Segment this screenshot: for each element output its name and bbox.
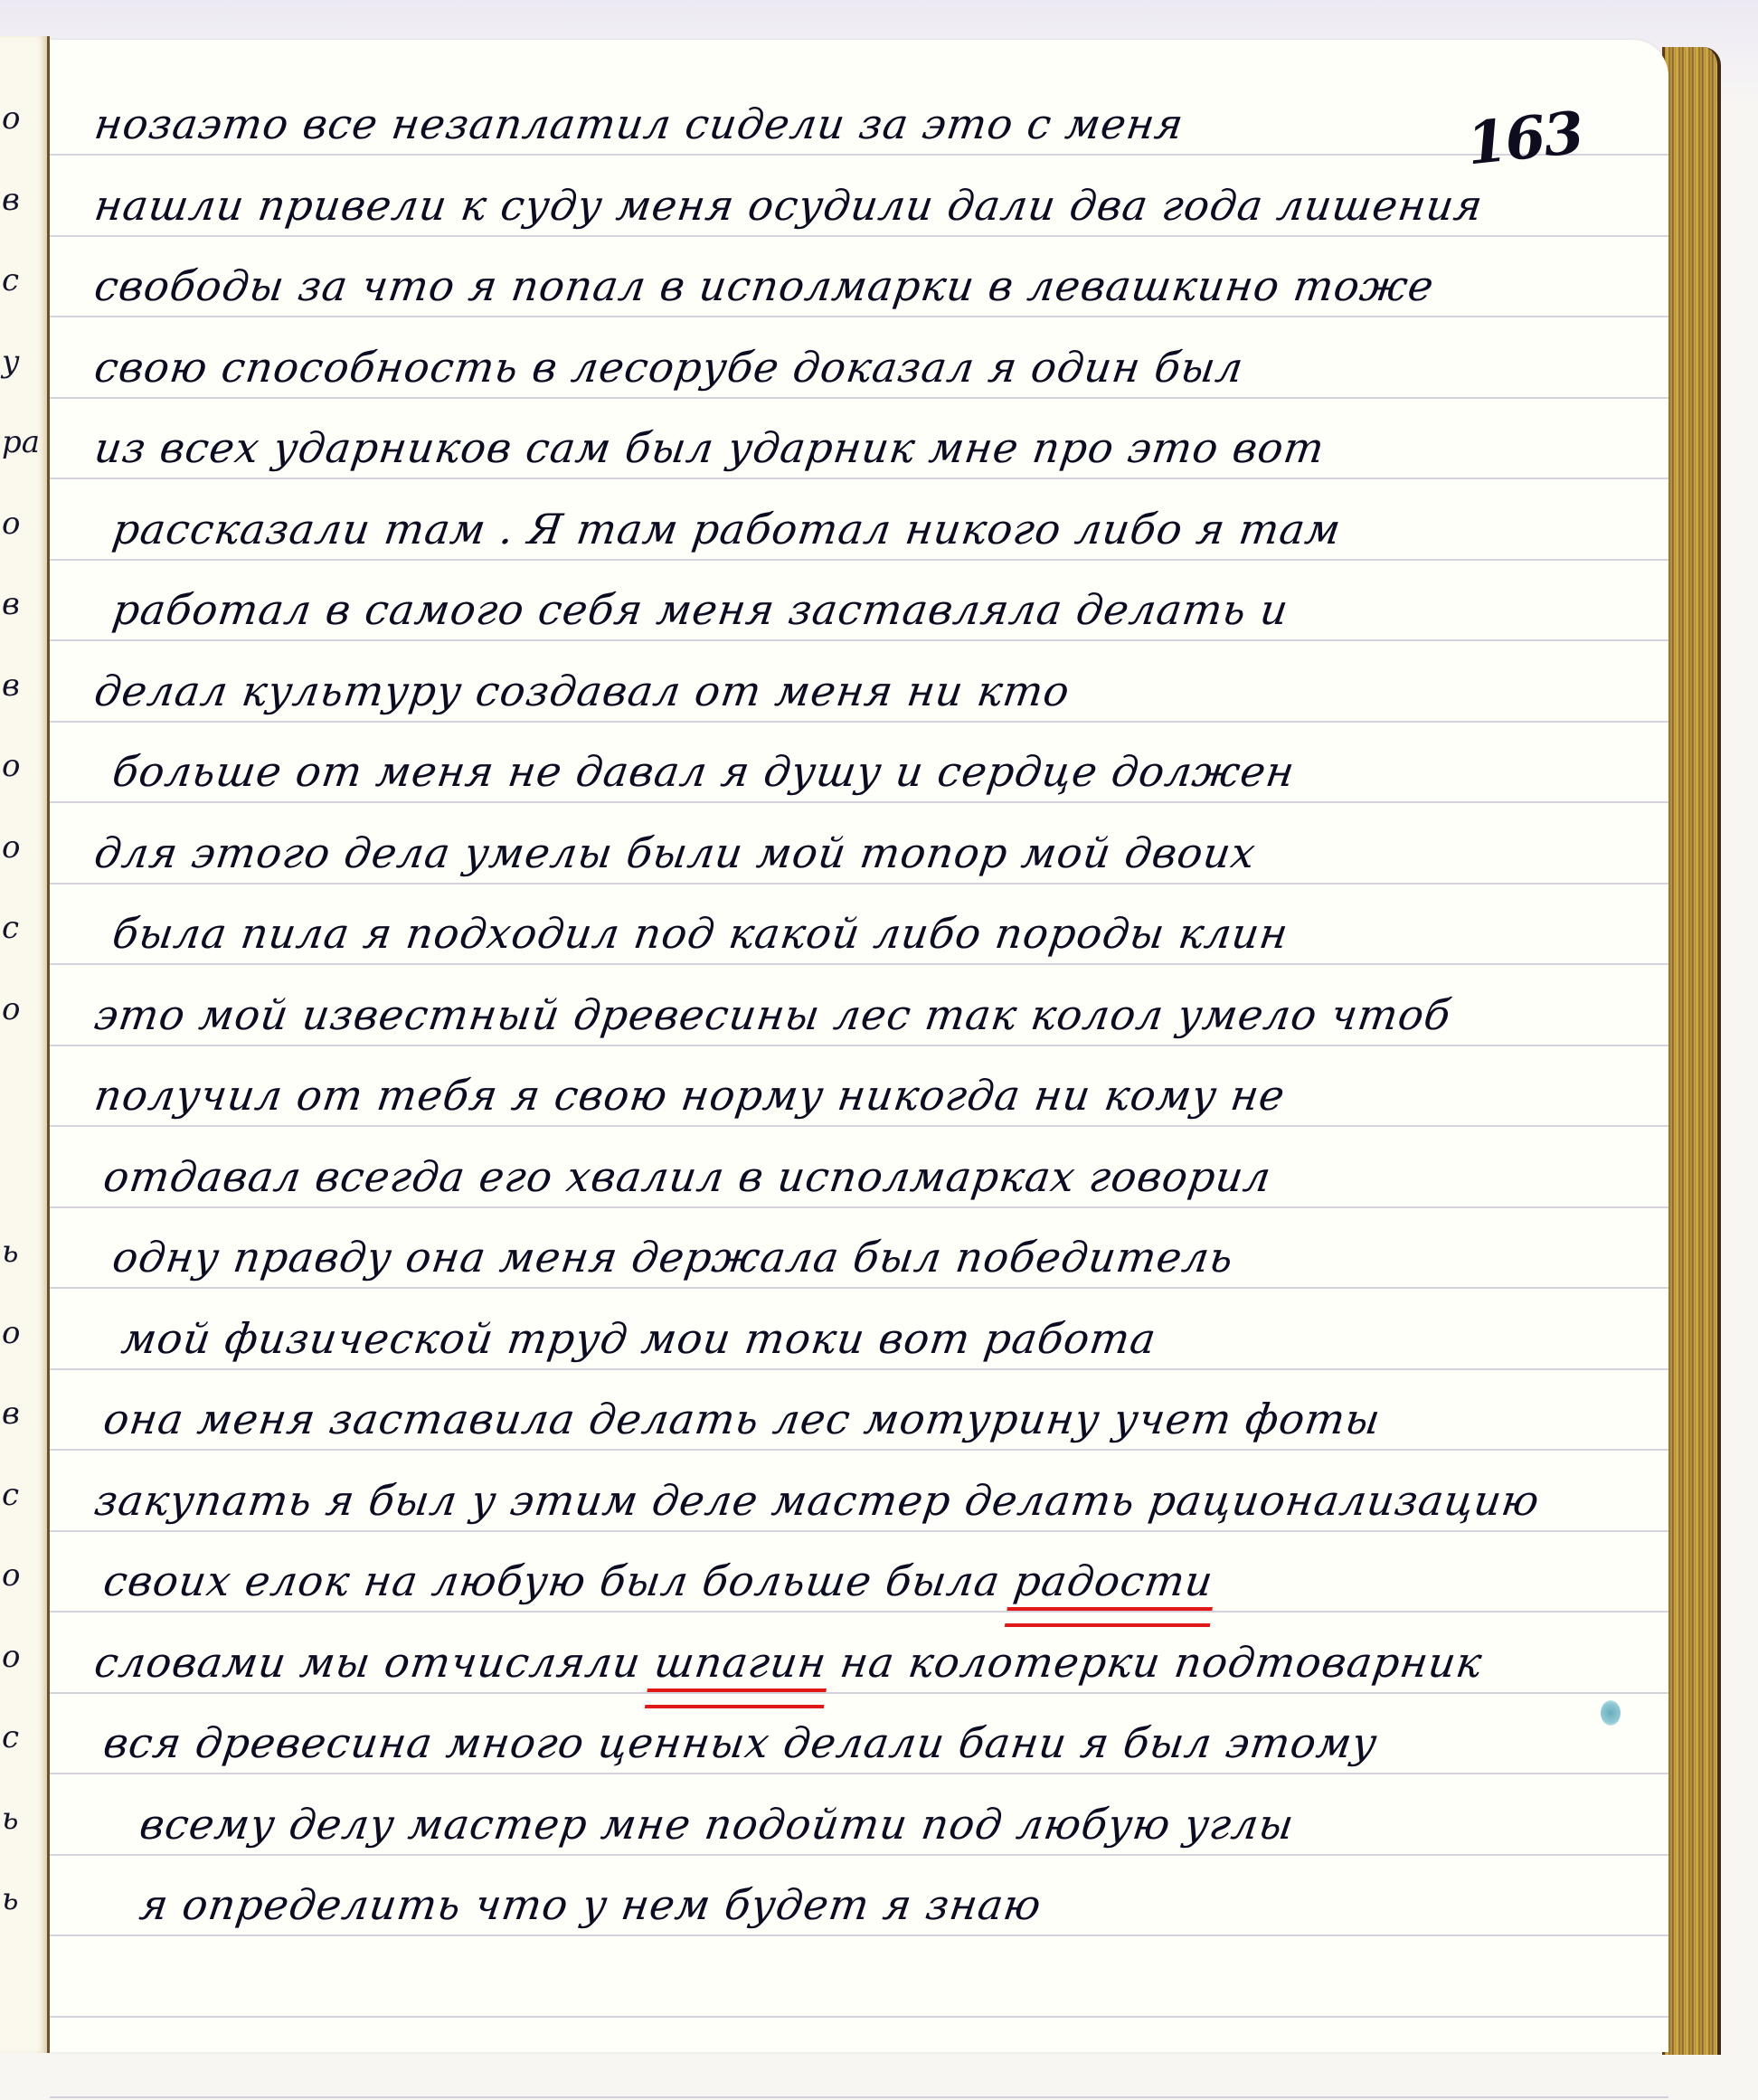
handwritten-line: она меня заставила делать лес мотурину у… xyxy=(100,1395,1384,1443)
ruled-line xyxy=(50,1368,1668,1370)
line-text: рассказали там . Я там работал никого ли… xyxy=(109,505,1344,553)
previous-page-fragment: о xyxy=(2,994,42,1025)
ruled-line xyxy=(50,2016,1668,2018)
handwritten-line: больше от меня не давал я душу и сердце … xyxy=(109,747,1298,796)
ruled-line xyxy=(50,963,1668,965)
handwritten-line: была пила я подходил под какой либо поро… xyxy=(109,909,1291,958)
ruled-line xyxy=(50,1125,1668,1127)
previous-page-fragment: о xyxy=(2,751,42,781)
handwritten-line: вся древесина много ценных делали бани я… xyxy=(100,1718,1381,1767)
handwritten-line: получил от тебя я свою норму никогда ни … xyxy=(91,1071,1289,1120)
ruled-line xyxy=(50,639,1668,641)
previous-page-fragment: с xyxy=(2,913,42,943)
previous-page-fragment: о xyxy=(2,832,42,863)
line-text: одну правду она меня держала был победит… xyxy=(109,1233,1236,1282)
red-double-underlined-word: радости xyxy=(1011,1556,1216,1605)
previous-page-fragment: ь xyxy=(2,1884,42,1915)
handwritten-line: своих елок на любую был больше была радо… xyxy=(100,1556,1216,1605)
handwritten-line: словами мы отчисляли шпагин на колотерки… xyxy=(91,1638,1486,1687)
handwritten-line: нозаэто все незаплатил сидели за это с м… xyxy=(91,99,1186,148)
ruled-line xyxy=(50,1692,1668,1694)
previous-page-fragment: у xyxy=(2,346,42,377)
previous-page-fragment: о xyxy=(2,1560,42,1591)
previous-page-fragment: с xyxy=(2,1480,42,1510)
ruled-line xyxy=(50,316,1668,317)
previous-page-fragment: ра xyxy=(2,427,42,458)
line-text: на колотерки подтоварник xyxy=(823,1638,1486,1687)
previous-page-edge: овсураоввоосоьовсоосьь xyxy=(0,36,50,2053)
line-text: свою способность в лесорубе доказал я од… xyxy=(91,343,1246,392)
line-text: нашли привели к суду меня осудили дали д… xyxy=(91,181,1486,230)
line-text: это мой известный древесины лес так коло… xyxy=(91,990,1454,1039)
previous-page-fragment: с xyxy=(2,1722,42,1753)
line-text: больше от меня не давал я душу и сердце … xyxy=(109,747,1298,796)
line-text: для этого дела умелы были мой топор мой … xyxy=(91,828,1259,877)
previous-page-fragment: в xyxy=(2,589,42,620)
line-text: отдавал всегда его хвалил в исполмарках … xyxy=(100,1152,1274,1201)
ruled-line xyxy=(50,801,1668,803)
previous-page-fragment: о xyxy=(2,1318,42,1348)
ruled-line xyxy=(50,478,1668,479)
handwritten-line: я определить что у нем будет я знаю xyxy=(137,1880,1044,1929)
previous-page-fragment: в xyxy=(2,184,42,215)
line-text: делал культуру создавал от меня ни кто xyxy=(91,667,1073,715)
handwritten-line: рассказали там . Я там работал никого ли… xyxy=(109,505,1344,553)
line-text: нозаэто все незаплатил сидели за это с м… xyxy=(91,99,1186,148)
handwritten-line: закупать я был у этим деле мастер делать… xyxy=(91,1476,1543,1525)
handwritten-line: работал в самого себя меня заставляла де… xyxy=(109,585,1291,634)
handwritten-line: делал культуру создавал от меня ни кто xyxy=(91,667,1073,715)
previous-page-fragment: в xyxy=(2,1398,42,1429)
ruled-line xyxy=(50,1449,1668,1451)
line-text: была пила я подходил под какой либо поро… xyxy=(109,909,1291,958)
line-text: своих елок на любую был больше была xyxy=(100,1556,1004,1605)
line-text: мой физической труд мои токи вот работа xyxy=(118,1314,1159,1363)
line-text: свободы за что я попал в исполмарки в ле… xyxy=(91,261,1437,310)
ruled-line xyxy=(50,1611,1668,1613)
line-text: из всех ударников сам был ударник мне пр… xyxy=(91,423,1328,472)
line-text: вся древесина много ценных делали бани я… xyxy=(100,1718,1381,1767)
handwritten-line: свою способность в лесорубе доказал я од… xyxy=(91,343,1246,392)
handwritten-line: одну правду она меня держала был победит… xyxy=(109,1233,1236,1282)
previous-page-fragment: о xyxy=(2,508,42,539)
line-text: получил от тебя я свою норму никогда ни … xyxy=(91,1071,1289,1120)
handwritten-line: это мой известный древесины лес так коло… xyxy=(91,990,1454,1039)
ruled-line xyxy=(50,2096,1668,2098)
handwritten-line: для этого дела умелы были мой топор мой … xyxy=(91,828,1259,877)
ruled-line xyxy=(50,1530,1668,1532)
red-double-underlined-word: шпагин xyxy=(651,1638,829,1687)
line-text: закупать я был у этим деле мастер делать… xyxy=(91,1476,1543,1525)
ruled-line xyxy=(50,235,1668,237)
line-text: я определить что у нем будет я знаю xyxy=(137,1880,1044,1929)
ruled-line xyxy=(50,1287,1668,1289)
previous-page-fragment: ь xyxy=(2,1803,42,1834)
ruled-line xyxy=(50,559,1668,561)
handwritten-line: свободы за что я попал в исполмарки в ле… xyxy=(91,261,1437,310)
handwritten-line: отдавал всегда его хвалил в исполмарках … xyxy=(100,1152,1274,1201)
ruled-line xyxy=(50,721,1668,723)
ink-blot xyxy=(1601,1700,1621,1726)
previous-page-fragment: в xyxy=(2,670,42,701)
ruled-line xyxy=(50,883,1668,884)
previous-page-fragment: ь xyxy=(2,1236,42,1267)
ruled-line xyxy=(50,1206,1668,1208)
ruled-line xyxy=(50,1934,1668,1936)
handwritten-line: нашли привели к суду меня осудили дали д… xyxy=(91,181,1486,230)
handwritten-line: мой физической труд мои токи вот работа xyxy=(118,1314,1159,1363)
line-text: она меня заставила делать лес мотурину у… xyxy=(100,1395,1384,1443)
handwritten-line: из всех ударников сам был ударник мне пр… xyxy=(91,423,1328,472)
ruled-line xyxy=(50,1773,1668,1774)
ruled-line xyxy=(50,154,1668,156)
ruled-line xyxy=(50,1045,1668,1046)
ruled-line xyxy=(50,397,1668,399)
ruled-line xyxy=(50,1854,1668,1856)
notebook-page: 163 нозаэто все незаплатил сидели за это… xyxy=(50,40,1668,2052)
line-text: словами мы отчисляли xyxy=(91,1638,658,1687)
previous-page-fragment: с xyxy=(2,265,42,296)
line-text: всему делу мастер мне подойти под любую … xyxy=(137,1800,1297,1849)
handwritten-line: всему делу мастер мне подойти под любую … xyxy=(137,1800,1297,1849)
previous-page-fragment: о xyxy=(2,103,42,134)
page-number: 163 xyxy=(1464,99,1586,179)
line-text: работал в самого себя меня заставляла де… xyxy=(109,585,1291,634)
gilded-page-edge xyxy=(1662,47,1721,2055)
previous-page-fragment: о xyxy=(2,1641,42,1672)
